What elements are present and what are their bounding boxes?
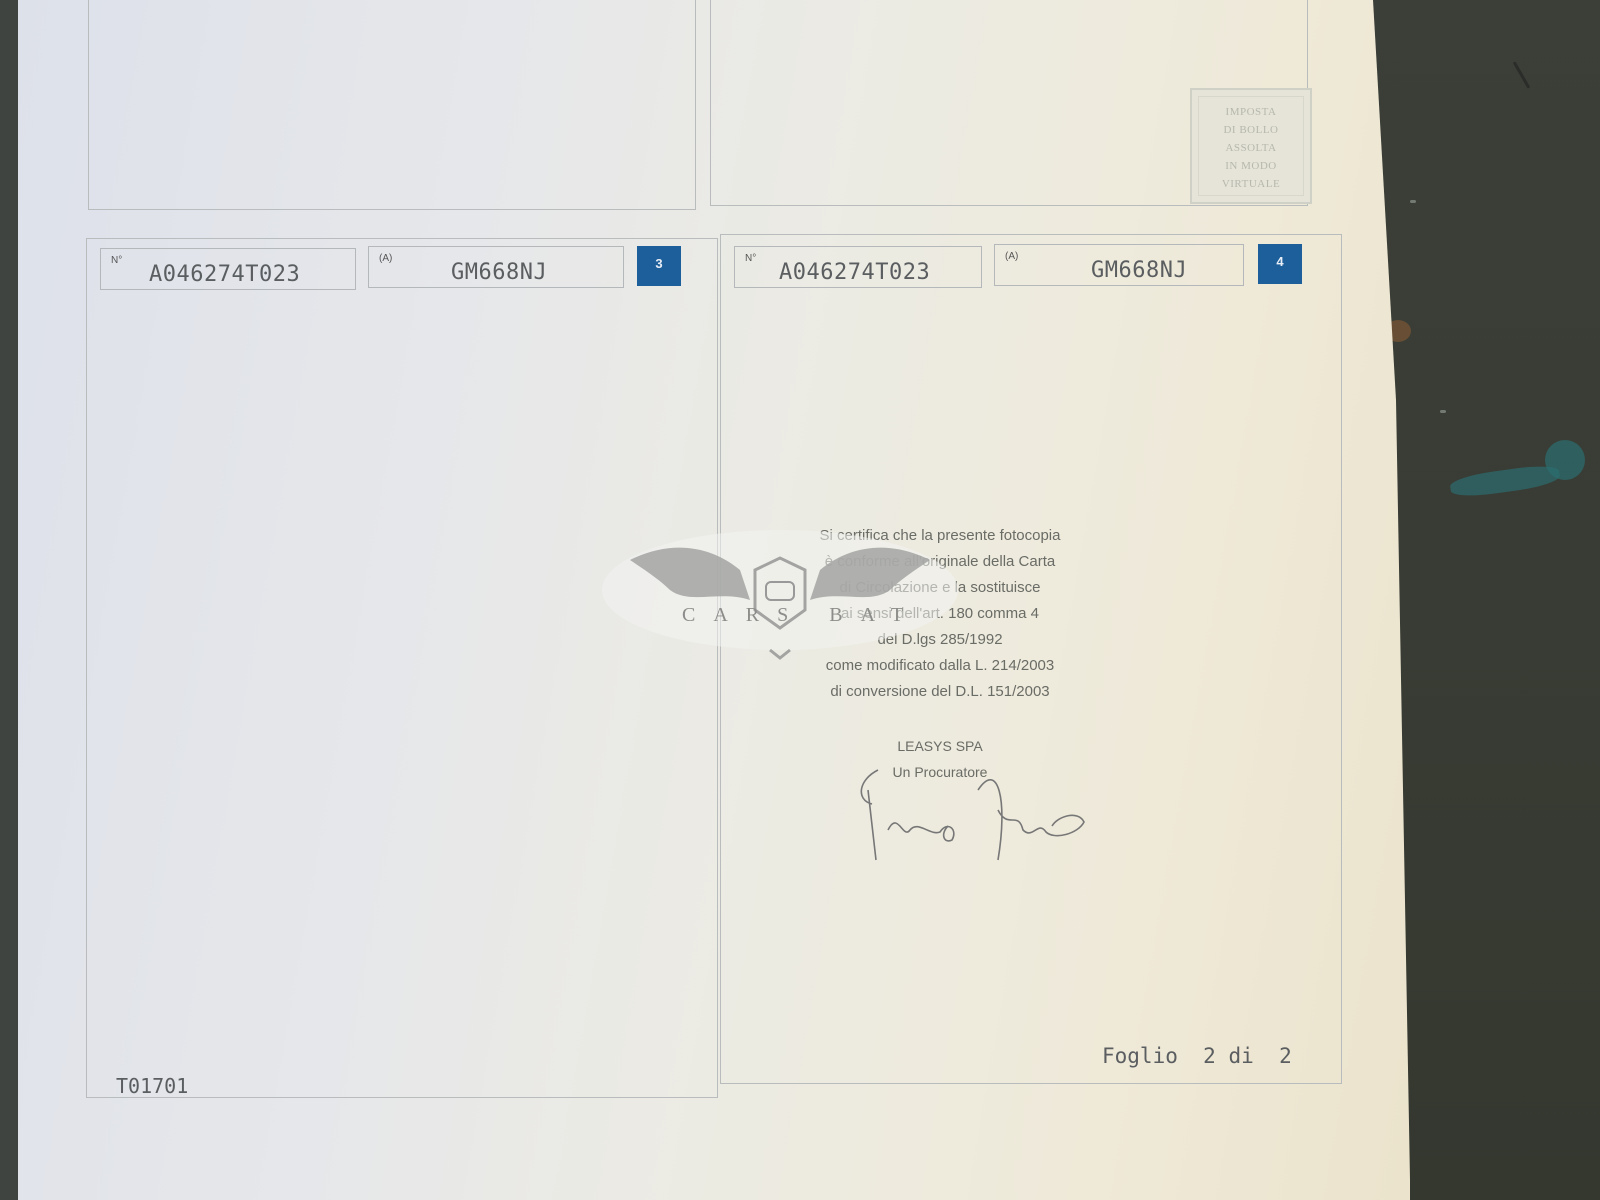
company-name: LEASYS SPA (840, 733, 1040, 759)
stamp-line: DI BOLLO (1199, 121, 1303, 139)
sheet-current: 2 (1203, 1044, 1216, 1068)
stamp-line: IN MODO (1199, 157, 1303, 175)
document-sheet: N° A046274T023 (A) GM668NJ 3 T01701 N° A… (18, 0, 1410, 1200)
tax-stamp-text: IMPOSTADI BOLLOASSOLTAIN MODOVIRTUALE (1198, 96, 1304, 196)
sheet-total: 2 (1279, 1044, 1292, 1068)
stamp-line: IMPOSTA (1199, 103, 1303, 121)
handwritten-signature (848, 760, 1088, 870)
carsbat-watermark-logo (600, 510, 960, 670)
speck (1410, 200, 1416, 203)
sheet-of: di (1228, 1044, 1253, 1068)
footer-code: T01701 (116, 1074, 188, 1098)
page-badge: 4 (1258, 244, 1302, 284)
number-label: N° (111, 255, 122, 266)
watermark-text: CARS BAT (682, 604, 921, 627)
stamp-line: ASSOLTA (1199, 139, 1303, 157)
number-label: N° (745, 253, 756, 264)
plate-label: (A) (379, 253, 392, 264)
sheet-label: Foglio (1102, 1044, 1178, 1068)
document-number-field: N° A046274T023 (100, 248, 356, 290)
document-number: A046274T023 (779, 260, 930, 285)
document-number: A046274T023 (149, 262, 300, 287)
plate-label: (A) (1005, 251, 1018, 262)
sheet-number: Foglio 2 di 2 (1102, 1044, 1292, 1068)
paint-stain (1545, 440, 1585, 480)
speck (1440, 410, 1446, 413)
plate-field: (A) GM668NJ (994, 244, 1244, 286)
certification-line: di conversione del D.L. 151/2003 (760, 679, 1120, 705)
plate-field: (A) GM668NJ (368, 246, 624, 288)
page-badge: 3 (637, 246, 681, 286)
plate-number: GM668NJ (1091, 258, 1187, 283)
stamp-line: VIRTUALE (1199, 175, 1303, 193)
plate-number: GM668NJ (451, 260, 547, 285)
tax-stamp: IMPOSTADI BOLLOASSOLTAIN MODOVIRTUALE (1190, 88, 1312, 204)
background-surface-right (1380, 0, 1600, 1200)
top-left-panel (88, 0, 696, 210)
document-number-field: N° A046274T023 (734, 246, 982, 288)
